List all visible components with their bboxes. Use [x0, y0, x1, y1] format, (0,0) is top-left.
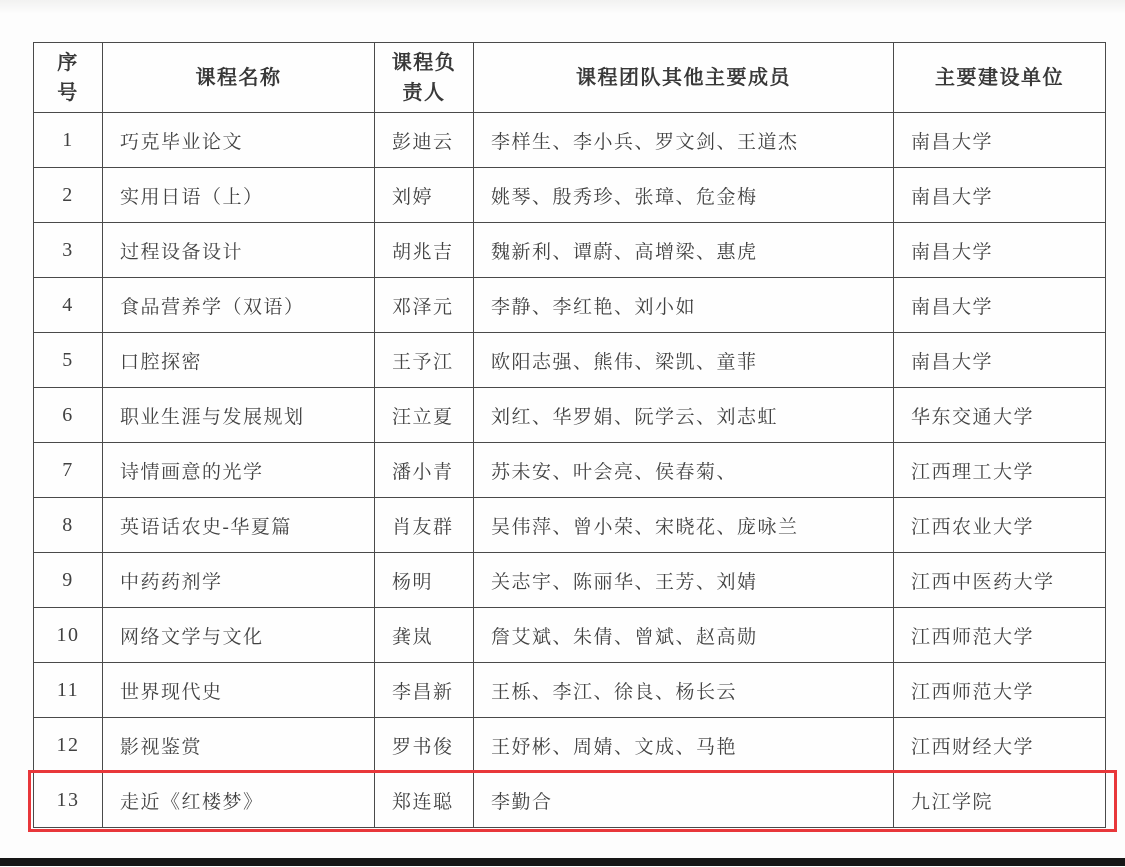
table-row: 5口腔探密王予江欧阳志强、熊伟、梁凯、童菲南昌大学: [34, 333, 1106, 388]
cell-course: 世界现代史: [103, 663, 375, 718]
cell-course: 走近《红楼梦》: [103, 773, 375, 828]
bottom-black-rule: [0, 858, 1125, 866]
cell-team: 李样生、李小兵、罗文剑、王道杰: [474, 113, 894, 168]
table-row: 1巧克毕业论文彭迪云李样生、李小兵、罗文剑、王道杰南昌大学: [34, 113, 1106, 168]
cell-unit: 江西师范大学: [894, 663, 1106, 718]
cell-unit: 江西财经大学: [894, 718, 1106, 773]
cell-team: 王栎、李江、徐良、杨长云: [474, 663, 894, 718]
cell-unit: 江西师范大学: [894, 608, 1106, 663]
table-row: 3过程设备设计胡兆吉魏新利、谭蔚、高增梁、惠虎南昌大学: [34, 223, 1106, 278]
cell-leader: 胡兆吉: [375, 223, 474, 278]
cell-team: 詹艾斌、朱倩、曾斌、赵高勋: [474, 608, 894, 663]
cell-leader: 潘小青: [375, 443, 474, 498]
cell-no: 4: [34, 278, 103, 333]
cell-no: 7: [34, 443, 103, 498]
cell-leader: 邓泽元: [375, 278, 474, 333]
cell-no: 6: [34, 388, 103, 443]
cell-unit: 南昌大学: [894, 168, 1106, 223]
cell-team: 刘红、华罗娟、阮学云、刘志虹: [474, 388, 894, 443]
cell-no: 1: [34, 113, 103, 168]
cell-team: 王妤彬、周婧、文成、马艳: [474, 718, 894, 773]
cell-leader: 李昌新: [375, 663, 474, 718]
cell-course: 口腔探密: [103, 333, 375, 388]
cell-leader: 龚岚: [375, 608, 474, 663]
scanned-page-background: 序 号 课程名称 课程负 责人 课程团队其他主要成员 主要建设单位 1巧克毕业论…: [0, 0, 1125, 867]
cell-no: 8: [34, 498, 103, 553]
cell-team: 苏未安、叶会亮、侯春菊、: [474, 443, 894, 498]
cell-team: 魏新利、谭蔚、高增梁、惠虎: [474, 223, 894, 278]
cell-unit: 南昌大学: [894, 223, 1106, 278]
header-no: 序 号: [34, 43, 103, 113]
table-row: 4食品营养学（双语）邓泽元李静、李红艳、刘小如南昌大学: [34, 278, 1106, 333]
cell-course: 诗情画意的光学: [103, 443, 375, 498]
table-row: 11世界现代史李昌新王栎、李江、徐良、杨长云江西师范大学: [34, 663, 1106, 718]
table-row: 2实用日语（上）刘婷姚琴、殷秀珍、张璋、危金梅南昌大学: [34, 168, 1106, 223]
cell-unit: 南昌大学: [894, 113, 1106, 168]
cell-course: 网络文学与文化: [103, 608, 375, 663]
table-row: 9中药药剂学杨明关志宇、陈丽华、王芳、刘婧江西中医药大学: [34, 553, 1106, 608]
cell-unit: 江西理工大学: [894, 443, 1106, 498]
cell-leader: 肖友群: [375, 498, 474, 553]
cell-team: 关志宇、陈丽华、王芳、刘婧: [474, 553, 894, 608]
cell-course: 过程设备设计: [103, 223, 375, 278]
table-row: 7诗情画意的光学潘小青苏未安、叶会亮、侯春菊、江西理工大学: [34, 443, 1106, 498]
cell-course: 实用日语（上）: [103, 168, 375, 223]
cell-no: 10: [34, 608, 103, 663]
cell-no: 11: [34, 663, 103, 718]
cell-course: 食品营养学（双语）: [103, 278, 375, 333]
header-course: 课程名称: [103, 43, 375, 113]
header-team: 课程团队其他主要成员: [474, 43, 894, 113]
cell-course: 中药药剂学: [103, 553, 375, 608]
cell-course: 英语话农史-华夏篇: [103, 498, 375, 553]
table-row: 12影视鉴赏罗书俊王妤彬、周婧、文成、马艳江西财经大学: [34, 718, 1106, 773]
cell-unit: 九江学院: [894, 773, 1106, 828]
cell-no: 5: [34, 333, 103, 388]
cell-unit: 南昌大学: [894, 278, 1106, 333]
table-row: 10网络文学与文化龚岚詹艾斌、朱倩、曾斌、赵高勋江西师范大学: [34, 608, 1106, 663]
table-body: 1巧克毕业论文彭迪云李样生、李小兵、罗文剑、王道杰南昌大学2实用日语（上）刘婷姚…: [34, 113, 1106, 828]
cell-no: 12: [34, 718, 103, 773]
cell-leader: 郑连聪: [375, 773, 474, 828]
course-table: 序 号 课程名称 课程负 责人 课程团队其他主要成员 主要建设单位 1巧克毕业论…: [33, 42, 1106, 828]
table-row: 6职业生涯与发展规划汪立夏刘红、华罗娟、阮学云、刘志虹华东交通大学: [34, 388, 1106, 443]
cell-no: 13: [34, 773, 103, 828]
cell-no: 2: [34, 168, 103, 223]
cell-unit: 南昌大学: [894, 333, 1106, 388]
cell-leader: 汪立夏: [375, 388, 474, 443]
cell-course: 职业生涯与发展规划: [103, 388, 375, 443]
cell-team: 欧阳志强、熊伟、梁凯、童菲: [474, 333, 894, 388]
cell-team: 李勤合: [474, 773, 894, 828]
cell-no: 9: [34, 553, 103, 608]
cell-no: 3: [34, 223, 103, 278]
cell-leader: 彭迪云: [375, 113, 474, 168]
table-header-row: 序 号 课程名称 课程负 责人 课程团队其他主要成员 主要建设单位: [34, 43, 1106, 113]
header-leader: 课程负 责人: [375, 43, 474, 113]
table-row: 8英语话农史-华夏篇肖友群吴伟萍、曾小荣、宋晓花、庞咏兰江西农业大学: [34, 498, 1106, 553]
cell-leader: 王予江: [375, 333, 474, 388]
cell-leader: 刘婷: [375, 168, 474, 223]
cell-course: 影视鉴赏: [103, 718, 375, 773]
table-row: 13走近《红楼梦》郑连聪李勤合九江学院: [34, 773, 1106, 828]
cell-unit: 江西中医药大学: [894, 553, 1106, 608]
cell-team: 李静、李红艳、刘小如: [474, 278, 894, 333]
cell-unit: 华东交通大学: [894, 388, 1106, 443]
cell-leader: 罗书俊: [375, 718, 474, 773]
cell-course: 巧克毕业论文: [103, 113, 375, 168]
cell-team: 吴伟萍、曾小荣、宋晓花、庞咏兰: [474, 498, 894, 553]
header-unit: 主要建设单位: [894, 43, 1106, 113]
cell-unit: 江西农业大学: [894, 498, 1106, 553]
cell-team: 姚琴、殷秀珍、张璋、危金梅: [474, 168, 894, 223]
cell-leader: 杨明: [375, 553, 474, 608]
